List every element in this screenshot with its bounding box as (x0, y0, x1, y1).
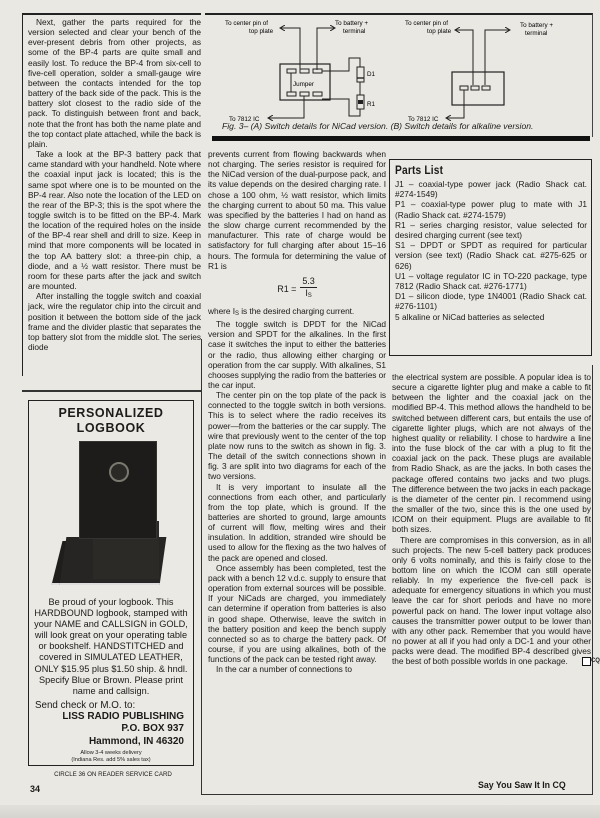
magazine-page: Next, gather the parts required for the … (0, 0, 600, 818)
paragraph: prevents current from flowing backwards … (208, 149, 386, 271)
article-column-3: the electrical system are possible. A po… (392, 372, 591, 667)
diagram-a: To center pin of top plate To battery + … (225, 20, 376, 123)
parts-list-item: 5 alkaline or NiCad batteries as selecte… (395, 312, 587, 322)
parts-list-item: R1 – series charging resistor, value sel… (395, 220, 587, 240)
parts-list-title: Parts List (395, 163, 558, 177)
svg-text:To center pin of: To center pin of (405, 20, 448, 27)
paragraph: There are compromises in this conversion… (392, 535, 591, 667)
paragraph: The center pin on the top plate of the p… (208, 390, 386, 481)
article-column-1: Next, gather the parts required for the … (22, 13, 201, 376)
seal-icon (109, 462, 129, 482)
ad-send-line: Send check or M.O. to: (35, 700, 193, 711)
page-number: 34 (30, 784, 40, 794)
paragraph: After installing the toggle switch and c… (28, 291, 201, 352)
paragraph: where IS is the desired charging current… (208, 306, 386, 319)
parts-list-item: J1 – coaxial-type power jack (Radio Shac… (395, 179, 587, 199)
svg-text:D1: D1 (367, 71, 376, 78)
diagram-b: To center pin of top plate To battery + … (405, 20, 553, 123)
ad-body: Be proud of your logbook. This HARDBOUND… (29, 597, 193, 697)
figure-3: To center pin of top plate To battery + … (205, 13, 593, 137)
svg-text:R1: R1 (367, 101, 376, 108)
reader-service-note: CIRCLE 36 ON READER SERVICE CARD (30, 771, 196, 778)
paragraph: Take a look at the BP-3 battery pack tha… (28, 149, 201, 291)
divider (22, 390, 202, 392)
paragraph: The toggle switch is DPDT for the NiCad … (208, 319, 386, 390)
ad-notes: Allow 3-4 weeks delivery (Indiana Res. a… (29, 750, 193, 764)
svg-text:To battery +: To battery + (335, 20, 368, 27)
svg-text:top plate: top plate (249, 28, 274, 35)
svg-text:To center pin of: To center pin of (225, 20, 268, 27)
parts-list-item: D1 – silicon diode, type 1N4001 (Radio S… (395, 291, 587, 311)
figure-caption: Fig. 3– (A) Switch details for NiCad ver… (222, 121, 533, 131)
svg-text:top plate: top plate (427, 28, 452, 35)
cq-end-mark-icon: CQ (582, 657, 591, 666)
parts-list-item: S1 – DPDT or SPDT as required for partic… (395, 240, 587, 271)
paragraph: In the car a number of connections to (208, 664, 386, 674)
article-column-2: prevents current from flowing backwards … (208, 149, 386, 675)
svg-text:terminal: terminal (343, 28, 365, 35)
ad-address: LISS RADIO PUBLISHING P.O. BOX 937 Hammo… (29, 711, 193, 749)
page-edge (0, 805, 600, 818)
parts-list-item: P1 – coaxial-type power plug to mate wit… (395, 199, 587, 219)
footer-slogan: Say You Saw It In CQ (478, 780, 566, 790)
ad-title: PERSONALIZED LOGBOOK (29, 406, 193, 436)
parts-list-box: Parts List J1 – coaxial-type power jack … (389, 159, 592, 356)
svg-text:To battery +: To battery + (520, 22, 553, 29)
svg-text:Jumper: Jumper (293, 81, 314, 88)
svg-text:terminal: terminal (525, 30, 547, 37)
parts-list-item: U1 – voltage regulator IC in TO-220 pack… (395, 271, 587, 291)
paragraph: Next, gather the parts required for the … (28, 17, 201, 149)
logbook-photo (51, 441, 171, 593)
paragraph: Once assembly has been completed, test t… (208, 563, 386, 665)
paragraph: It is very important to insulate all the… (208, 482, 386, 563)
divider-bar (212, 136, 590, 141)
logbook-advertisement: PERSONALIZED LOGBOOK Be proud of your lo… (28, 400, 194, 766)
paragraph: the electrical system are possible. A po… (392, 372, 591, 535)
switch-diagram: To center pin of top plate To battery + … (205, 15, 593, 123)
resistor-formula: R1 = 5.3 IS (208, 276, 386, 302)
